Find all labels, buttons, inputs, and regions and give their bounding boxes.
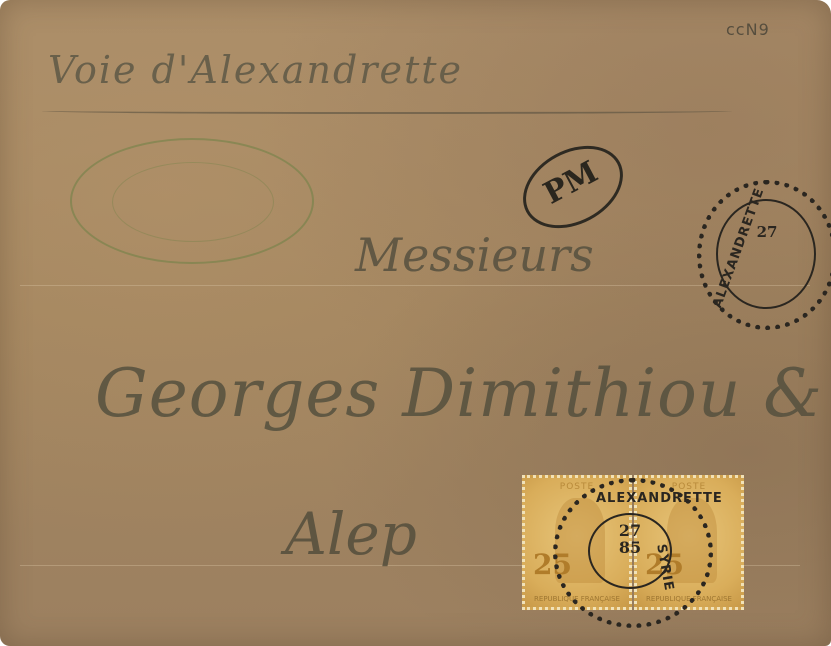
postmark-date: 27 85 [610, 523, 650, 557]
routing-line: Voie d'Alexandrette [48, 48, 463, 92]
postmark-country: SYRIE [653, 543, 676, 592]
postmark-day: 27 [742, 225, 792, 241]
pm-marking-text: PM [519, 144, 624, 222]
sender-cachet-inner [112, 162, 274, 242]
fold-line [20, 285, 810, 286]
stamp-cancel-postmark: ALEXANDRETTE SYRIE 27 85 [553, 478, 713, 628]
routing-underline [42, 108, 732, 114]
addressee: Georges Dimithiou & Cie [95, 355, 831, 432]
receiving-postmark: ALEXANDRETTE 27 [697, 180, 831, 330]
salutation: Messieurs [355, 228, 594, 282]
postmark-town: ALEXANDRETTE [596, 491, 723, 506]
reference-note: ccN9 [726, 20, 770, 39]
sender-cachet [70, 138, 314, 264]
envelope: ccN9 Voie d'Alexandrette PM ALEXANDRETTE… [0, 0, 831, 646]
city: Alep [285, 500, 417, 568]
postmark-year: 85 [619, 538, 641, 557]
